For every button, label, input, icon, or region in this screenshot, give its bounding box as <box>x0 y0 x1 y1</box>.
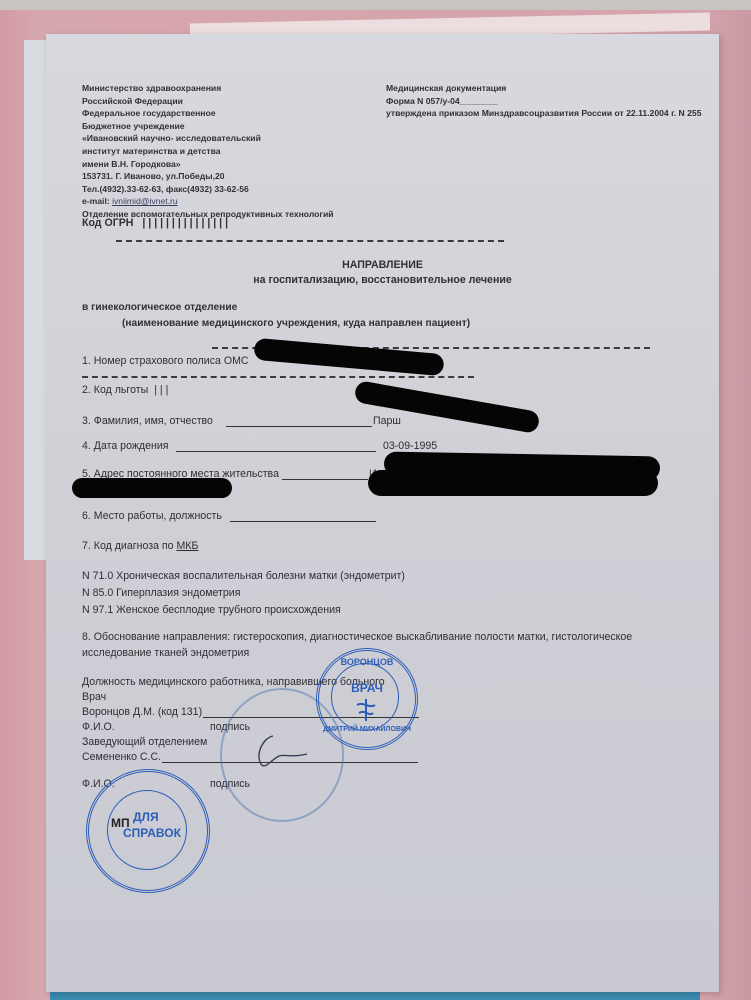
form-line-3: утверждена приказом Минздравсоцразвития … <box>386 107 716 120</box>
field-birth-date: 4. Дата рождения <box>82 439 169 453</box>
field-full-name: 3. Фамилия, имя, отчество <box>82 414 213 428</box>
redaction-mark <box>253 338 444 376</box>
header-line: институт материнства и детства <box>82 145 334 158</box>
ogrn-boxes: | | | | | | | | | | | | | | | <box>142 217 228 229</box>
destination-note: (наименование медицинского учреждения, к… <box>122 318 470 330</box>
header-line: имени В.Н. Городкова» <box>82 158 334 171</box>
header-line: Бюджетное учреждение <box>82 120 334 133</box>
form-line-2: Форма N 057/у-04________ <box>386 95 716 108</box>
header-line: 153731. Г. Иваново, ул.Победы,20 <box>82 170 334 183</box>
header-line: Федеральное государственное <box>82 107 334 120</box>
email-link[interactable]: ivniimid@ivnet.ru <box>112 196 178 206</box>
field-diagnosis-code: 7. Код диагноза по МКБ <box>82 539 198 553</box>
head-position: Заведующий отделением <box>82 735 207 749</box>
referral-document: Министерство здравоохранения Российской … <box>46 34 719 992</box>
justification-line-1: 8. Обоснование направления: гистероскопи… <box>82 630 632 644</box>
form-line-1: Медицинская документация <box>386 82 716 95</box>
destination: в гинекологическое отделение <box>82 302 237 314</box>
field-workplace: 6. Место работы, должность <box>82 509 222 523</box>
birth-date-value: 03-09-1995 <box>383 439 437 453</box>
diagnosis-item: N 71.0 Хроническая воспалительная болезн… <box>82 569 405 583</box>
email-line: e-mail: ivniimid@ivnet.ru <box>82 195 334 208</box>
redaction-mark <box>72 478 232 498</box>
header-line: «Ивановский научно- исследовательский <box>82 132 334 145</box>
ogrn-dashed-line <box>116 240 504 242</box>
institution-header: Министерство здравоохранения Российской … <box>82 82 334 221</box>
document-subtitle: на госпитализацию, восстановительное леч… <box>46 274 719 286</box>
institution-stamp: МП ДЛЯ СПРАВОК <box>86 769 210 893</box>
field-insurance-policy: 1. Номер страхового полиса ОМС <box>82 354 249 368</box>
diagnosis-item: N 97.1 Женское бесплодие трубного происх… <box>82 603 341 617</box>
mkb-link: МКБ <box>176 540 198 552</box>
field-benefit-code: 2. Код льготы| | | <box>82 383 168 397</box>
fio-label: Ф.И.О. <box>82 720 115 734</box>
doctor-name: Воронцов Д.М. (код 131) <box>82 705 202 719</box>
position-value: Врач <box>82 690 106 704</box>
underline <box>176 451 376 452</box>
form-header: Медицинская документация Форма N 057/у-0… <box>386 82 716 120</box>
caduceus-icon <box>351 697 381 723</box>
redaction-mark <box>368 470 658 496</box>
underline <box>282 479 368 480</box>
ogrn-field: Код ОГРН | | | | | | | | | | | | | | | <box>82 217 228 229</box>
diagnosis-item: N 85.0 Гиперплазия эндометрия <box>82 586 240 600</box>
full-name-value: Парш <box>373 414 401 428</box>
ogrn-label: Код ОГРН <box>82 217 133 229</box>
doctor-stamp: ВОРОНЦОВ ВРАЧ ДМИТРИЙ МИХАЙЛОВИЧ <box>316 648 418 750</box>
document-title: НАПРАВЛЕНИЕ <box>46 259 719 271</box>
dashed-line <box>82 376 474 378</box>
header-line: Российской Федерации <box>82 95 334 108</box>
header-line: Министерство здравоохранения <box>82 82 334 95</box>
justification-line-2: исследование тканей эндометрия <box>82 646 249 660</box>
header-line: Тел.(4932).33-62-63, факс(4932) 33-62-56 <box>82 183 334 196</box>
underline <box>230 521 376 522</box>
underline <box>226 426 372 427</box>
head-name: Семененко С.С. <box>82 750 161 764</box>
